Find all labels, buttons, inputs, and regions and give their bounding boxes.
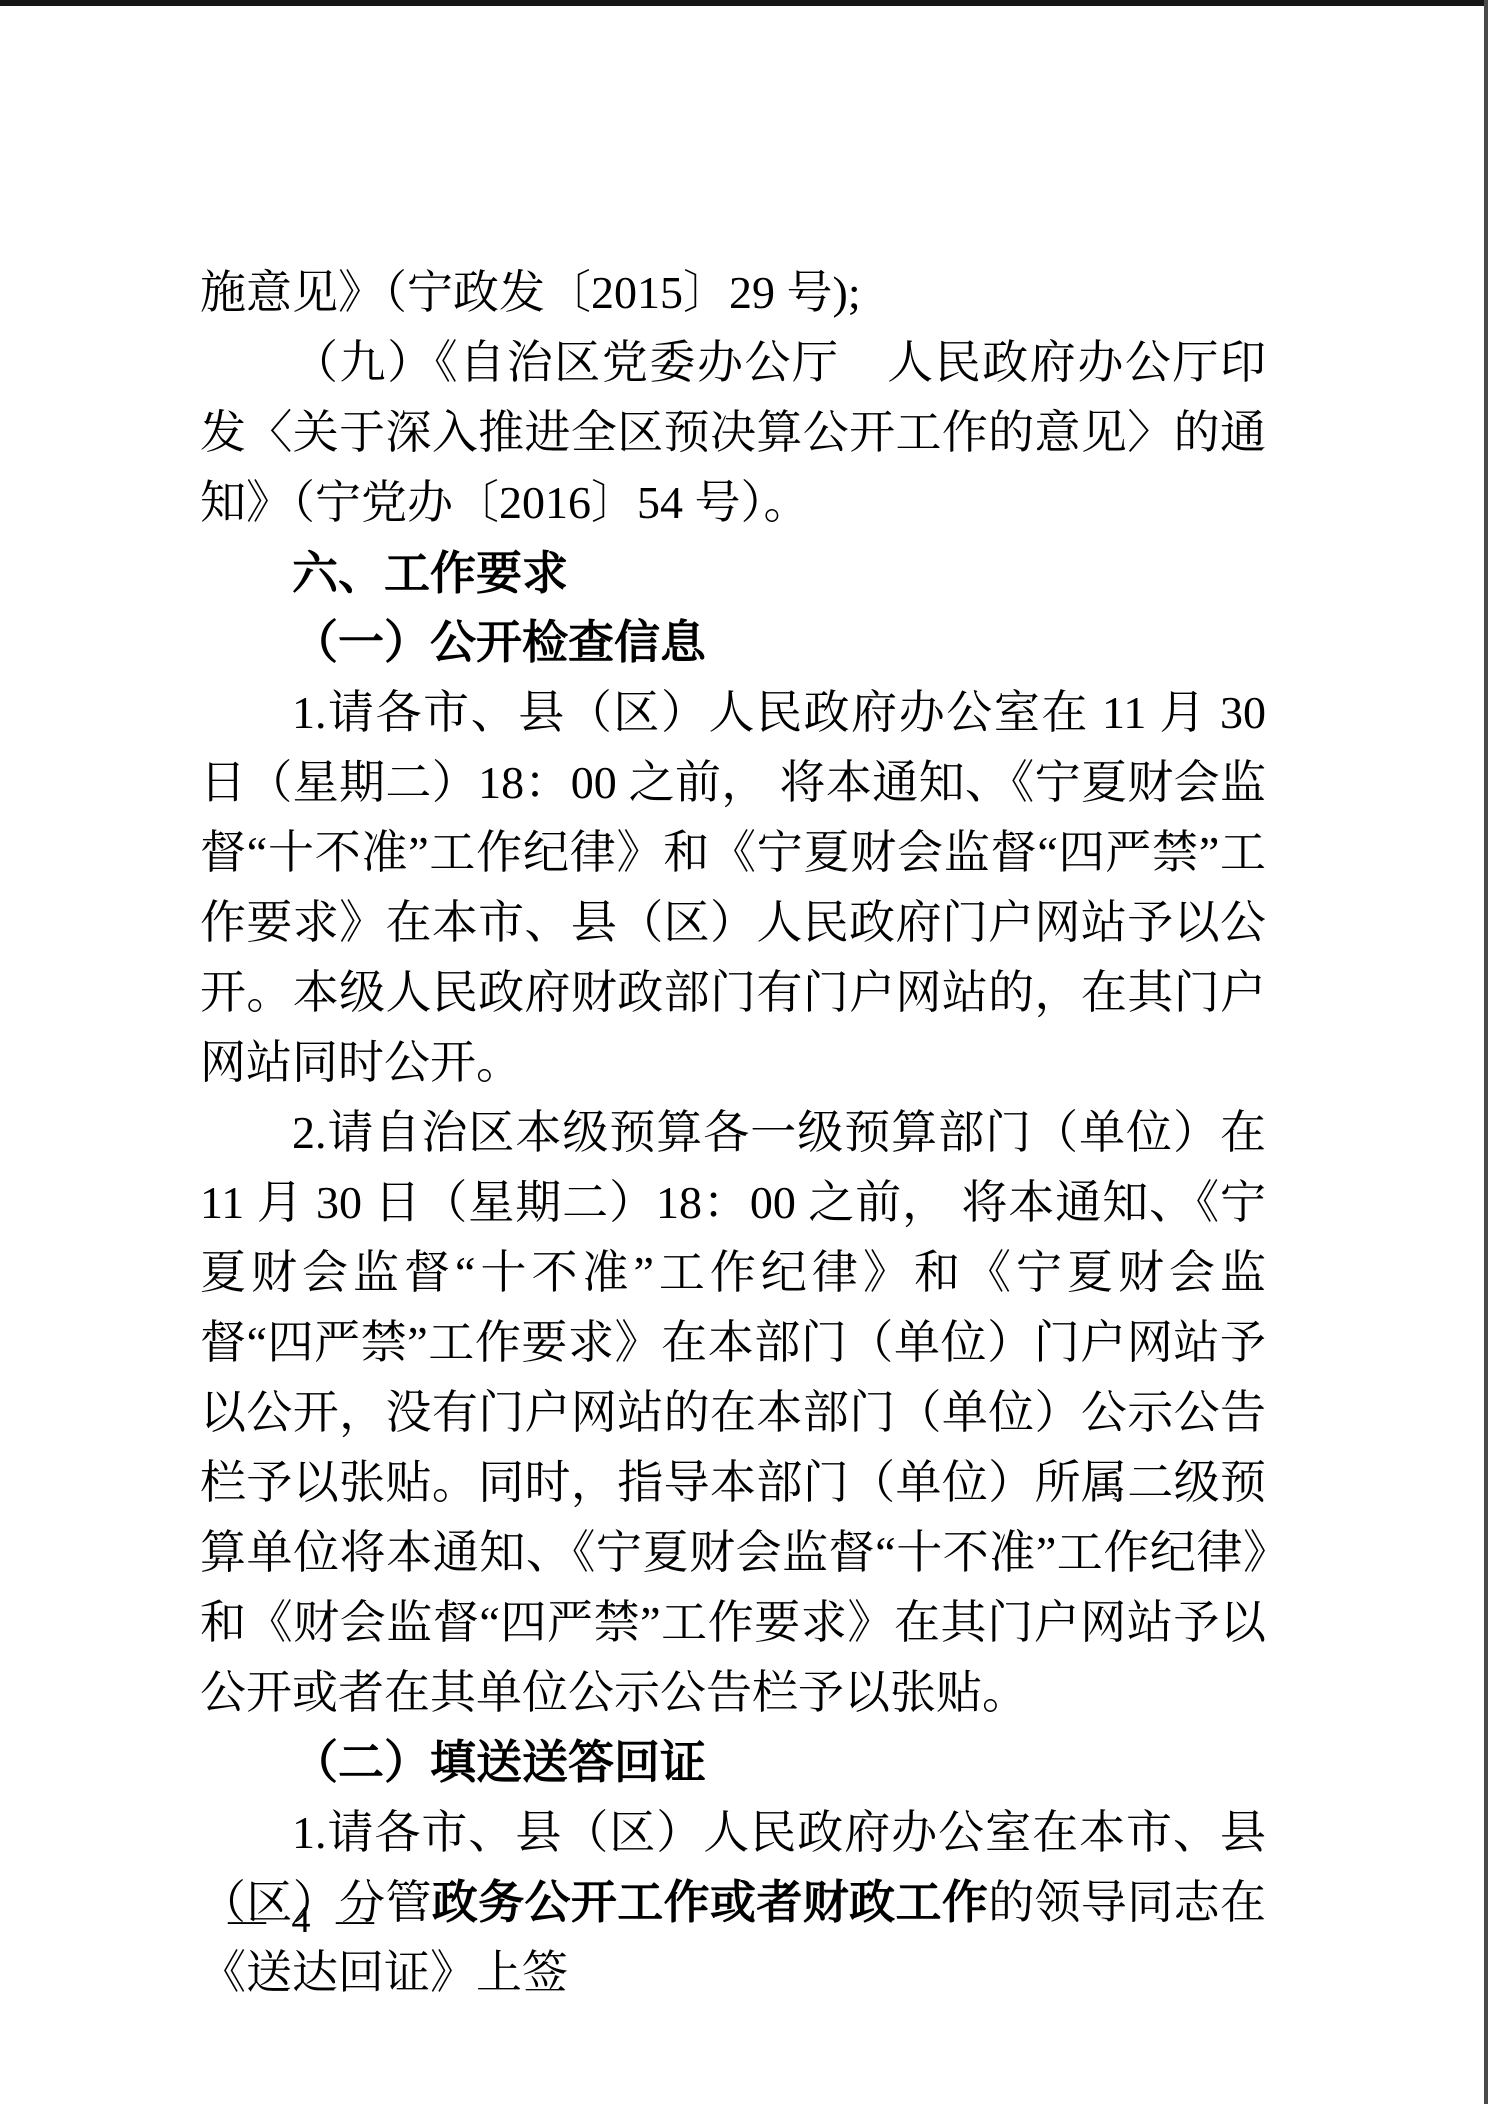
subsection-heading-delivery-receipt: （二）填送送答回证 bbox=[200, 1728, 1266, 1798]
scan-top-edge bbox=[0, 0, 1488, 6]
document-page: 施意见》（宁政发〔2015〕29 号); （九）《自治区党委办公厅 人民政府办公… bbox=[0, 0, 1488, 2104]
document-body: 施意见》（宁政发〔2015〕29 号); （九）《自治区党委办公厅 人民政府办公… bbox=[200, 258, 1266, 2008]
page-number: — 4 — bbox=[228, 1898, 382, 1942]
paragraph-publish-check-info-2: 2.请自治区本级预算各一级预算部门（单位）在 11 月 30 日（星期二）18：… bbox=[200, 1098, 1266, 1728]
paragraph-item-nine: （九）《自治区党委办公厅 人民政府办公厅印发〈关于深入推进全区预决算公开工作的意… bbox=[200, 328, 1266, 538]
paragraph-publish-check-info-1: 1.请各市、县（区）人民政府办公室在 11 月 30 日（星期二）18：00 之… bbox=[200, 678, 1266, 1098]
section-heading-work-requirements: 六、工作要求 bbox=[200, 538, 1266, 608]
delivery-receipt-text-bold: 政务公开工作或者财政工作 bbox=[432, 1877, 988, 1928]
scan-right-edge bbox=[1484, 0, 1488, 2104]
subsection-heading-publish-check-info: （一）公开检查信息 bbox=[200, 608, 1266, 678]
paragraph-continuation: 施意见》（宁政发〔2015〕29 号); bbox=[200, 258, 1266, 328]
